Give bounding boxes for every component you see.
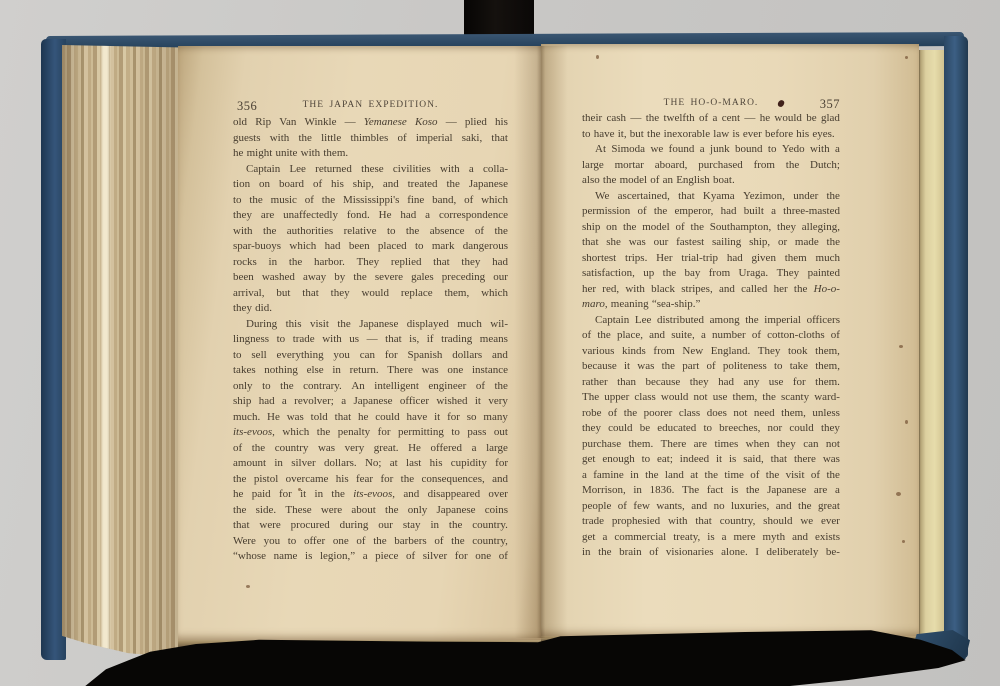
text-line: oldRipVanWinkle—YemaneseKoso—pliedhis bbox=[233, 116, 508, 132]
text-line: withtheauthoritiesrelativetotheabsenceof… bbox=[233, 225, 508, 241]
text-line: ratherthanbecausetheyhadanyuseforthem. bbox=[582, 376, 840, 392]
page-number: 357 bbox=[820, 97, 840, 112]
text-line: toselleverythingyoucanforSpanishdollarsa… bbox=[233, 349, 508, 365]
text-line: much.Hewastoldthathecouldhaveitforsomany bbox=[233, 411, 508, 427]
foxing-spot bbox=[899, 345, 903, 348]
text-line: hemightunitewiththem. bbox=[233, 147, 508, 163]
text-line: oftheplace,andsuite,anumberofcotton-clot… bbox=[582, 329, 840, 345]
foxing-spot bbox=[905, 56, 908, 59]
text-line: tothemusicoftheMississippi'sfineband,ofw… bbox=[233, 194, 508, 210]
foxing-spot bbox=[896, 492, 901, 496]
foxing-spot bbox=[596, 55, 599, 59]
foxing-spot bbox=[298, 488, 301, 491]
text-line: shiphadarevolver;aJapaneseofficerwishedi… bbox=[233, 395, 508, 411]
text-line: takesnothingelseinreturn.Therewasoneinst… bbox=[233, 364, 508, 380]
text-line: peopleoffewwants,andnoluxuries,andthegre… bbox=[582, 500, 840, 516]
text-line: satisfaction,upthebayfromUraga.Theypaint… bbox=[582, 267, 840, 283]
cover-right-edge bbox=[944, 36, 968, 658]
text-line: hepaidforitintheits-evoos,anddisappeared… bbox=[233, 488, 508, 504]
fore-edge-page-stack bbox=[62, 45, 182, 658]
text-line: Weascertained,thatKyamaYezimon,underthe bbox=[582, 190, 840, 206]
text-line: herred,withblackstripes,andcalledhertheH… bbox=[582, 283, 840, 299]
text-line: rocksintheharbor.Theyrepliedthattheyhad bbox=[233, 256, 508, 272]
text-line: purchasethem.Therearetimeswhentheycannot bbox=[582, 438, 840, 454]
foxing-spot bbox=[246, 585, 250, 588]
text-line: beenwashedawaybytheseveregalesprecedingo… bbox=[233, 271, 508, 287]
foxing-spot bbox=[905, 420, 908, 424]
left-page-header: 356 THE JAPAN EXPEDITION. bbox=[233, 99, 508, 113]
running-head: THE HO-O-MARO. bbox=[582, 98, 840, 108]
text-line: onlytothecontrary.Anintelligentengineero… bbox=[233, 380, 508, 396]
text-line: largemortaraboard,purchasedfromtheDutch; bbox=[582, 159, 840, 175]
running-head: THE JAPAN EXPEDITION. bbox=[233, 100, 508, 110]
text-line: ofthecountrywasverygreat.Heofferedalarge bbox=[233, 442, 508, 458]
right-page-header: THE HO-O-MARO. 357 bbox=[582, 97, 840, 111]
text-line: robeofthepoorerclassdoesnotneedthem,unle… bbox=[582, 407, 840, 423]
text-line: becauseitwasthepartofpolitenesstotakethe… bbox=[582, 360, 840, 376]
right-page-text: theircash—thetwelfthofacent—hewouldbegla… bbox=[582, 112, 840, 562]
text-line: CaptainLeedistributedamongtheimperialoff… bbox=[582, 314, 840, 330]
text-line: theside.ThesewereabouttheonlyJapanesecoi… bbox=[233, 504, 508, 520]
text-line: DuringthisvisittheJapanesedisplayedmuchw… bbox=[233, 318, 508, 334]
left-page-text: oldRipVanWinkle—YemaneseKoso—pliedhisgue… bbox=[233, 116, 508, 566]
text-line: variouskindsfromNewEngland.Theytookthem, bbox=[582, 345, 840, 361]
text-line: amountinsilverdollars.No;atlasthiscupidi… bbox=[233, 457, 508, 473]
book-photo: 356 THE JAPAN EXPEDITION. THE HO-O-MARO.… bbox=[0, 0, 1000, 686]
text-line: getenoughtoeat;indeeditissaid,thattherew… bbox=[582, 453, 840, 469]
foxing-spot bbox=[902, 540, 905, 543]
text-line: thepistolovercamehisfearfortheconsequenc… bbox=[233, 473, 508, 489]
text-line: Theupperclasswouldnotusethem,thescantywa… bbox=[582, 391, 840, 407]
text-line: arrival,butthattheywouldreplacethem,whic… bbox=[233, 287, 508, 303]
text-line: tiononboardofhisship,andtreatedtheJapane… bbox=[233, 178, 508, 194]
inner-page-edges bbox=[919, 50, 945, 638]
text-line: alsothemodelofanEnglishboat. bbox=[582, 174, 840, 190]
text-line: “whosenameislegion,”apieceofsilverforone… bbox=[233, 550, 508, 566]
text-line: tohaveit,buttheinexorablelawiseverbefore… bbox=[582, 128, 840, 144]
text-line: shiponthemodeloftheSouthampton,theyalleg… bbox=[582, 221, 840, 237]
text-line: theydid. bbox=[233, 302, 508, 318]
text-line: theycouldbeeducatedtobreeches,norcouldth… bbox=[582, 422, 840, 438]
text-line: thatshewasourfastestsailingship,ormadeth… bbox=[582, 236, 840, 252]
text-line: inthebrainofvisionariesalone.Ideliberate… bbox=[582, 546, 840, 562]
text-line: getacommercialtreaty,isameremythandexist… bbox=[582, 531, 840, 547]
text-line: permissionoftheemperor,hadbuiltathree-ma… bbox=[582, 205, 840, 221]
text-line: Wereyoutoofferoneofthebarbersofthecountr… bbox=[233, 535, 508, 551]
text-line: spar-buoyswhichhadbeenplacedtomarkdanger… bbox=[233, 240, 508, 256]
text-line: theyareunaffectedlyfond.Hehadacorrespond… bbox=[233, 209, 508, 225]
text-line: thatwereprocuredduringourstayinthecountr… bbox=[233, 519, 508, 535]
text-line: AtSimodawefoundajunkboundtoYedowitha bbox=[582, 143, 840, 159]
text-line: afamineinthelandatthetimeofthevisitofthe bbox=[582, 469, 840, 485]
text-line: shortesttrips.Hertrial-triphadgiventhemm… bbox=[582, 252, 840, 268]
text-line: lingnesstotradewithus—thatis,iftradingme… bbox=[233, 333, 508, 349]
text-line: theircash—thetwelfthofacent—hewouldbegla… bbox=[582, 112, 840, 128]
text-line: maro,meaning“sea-ship.” bbox=[582, 298, 840, 314]
text-line: Morrison,in1836.ThefactistheJapanesearea bbox=[582, 484, 840, 500]
text-line: its-evoos,whichthepenaltyforpermittingto… bbox=[233, 426, 508, 442]
text-line: CaptainLeereturnedthesecivilitieswithaco… bbox=[233, 163, 508, 179]
text-line: tradeprophesiedwiththatcountry,shouldwee… bbox=[582, 515, 840, 531]
text-line: guestswiththelittlethimblesofimperialsak… bbox=[233, 132, 508, 148]
